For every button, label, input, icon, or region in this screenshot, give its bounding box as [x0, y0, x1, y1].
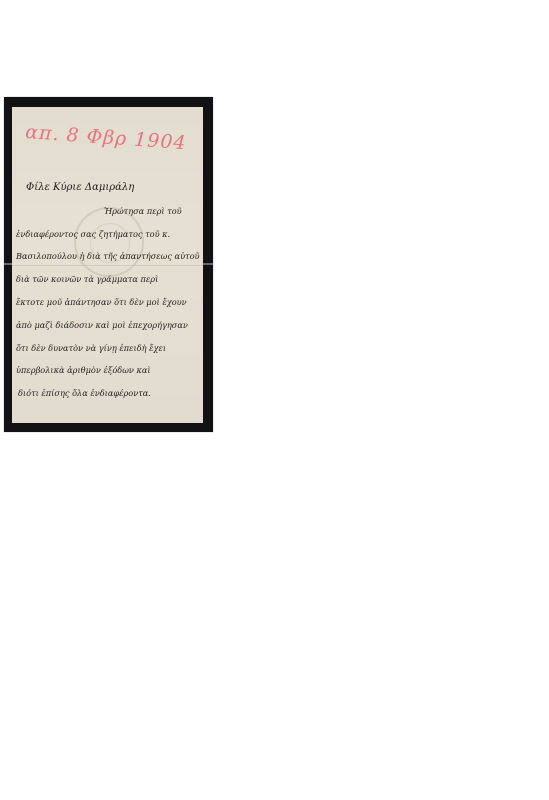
letter-line: Ἠρώτησα περὶ τοῦ: [16, 200, 200, 223]
page-canvas: απ. 8 Φβρ 1904 Φίλε Κύριε Δαμιράλη Ἠρώτη…: [0, 0, 549, 800]
letter-line: ἐνδιαφέροντος σας ζητήματος τοῦ κ.: [16, 223, 200, 246]
letter-paper: απ. 8 Φβρ 1904 Φίλε Κύριε Δαμιράλη Ἠρώτη…: [12, 107, 203, 423]
letter-scan-frame: απ. 8 Φβρ 1904 Φίλε Κύριε Δαμιράλη Ἠρώτη…: [4, 97, 213, 432]
letter-line: ἀπὸ μαζὶ διάδοσιν καὶ μοὶ ἐπεχορήγησαν: [16, 314, 200, 337]
letter-line: διότι ἐπίσης ὅλα ἐνδιαφέροντα.: [16, 382, 200, 405]
fold-mark-left: [4, 263, 12, 265]
letter-line: ὅτι δὲν δυνατὸν νὰ γίνῃ ἐπειδὴ ἔχει: [16, 337, 200, 360]
letter-text: Φίλε Κύριε Δαμιράλη Ἠρώτησα περὶ τοῦ ἐνδ…: [16, 177, 200, 405]
red-date-annotation: απ. 8 Φβρ 1904: [24, 121, 203, 155]
letter-salutation: Φίλε Κύριε Δαμιράλη: [16, 177, 200, 200]
letter-line: ἔκτοτε μοῦ ἀπάντησαν ὅτι δὲν μοὶ ἔχουν: [16, 291, 200, 314]
letter-line: διὰ τῶν κοινῶν τὰ γράμματα περὶ: [16, 268, 200, 291]
fold-mark-right: [203, 263, 213, 265]
letter-line: Βασιλοπούλου ἡ διὰ τῆς ἀπαντήσεως αὐτοῦ: [16, 245, 200, 268]
letter-line: ὑπερβολικὰ ἀριθμὸν ἐξόδων καὶ: [16, 359, 200, 382]
